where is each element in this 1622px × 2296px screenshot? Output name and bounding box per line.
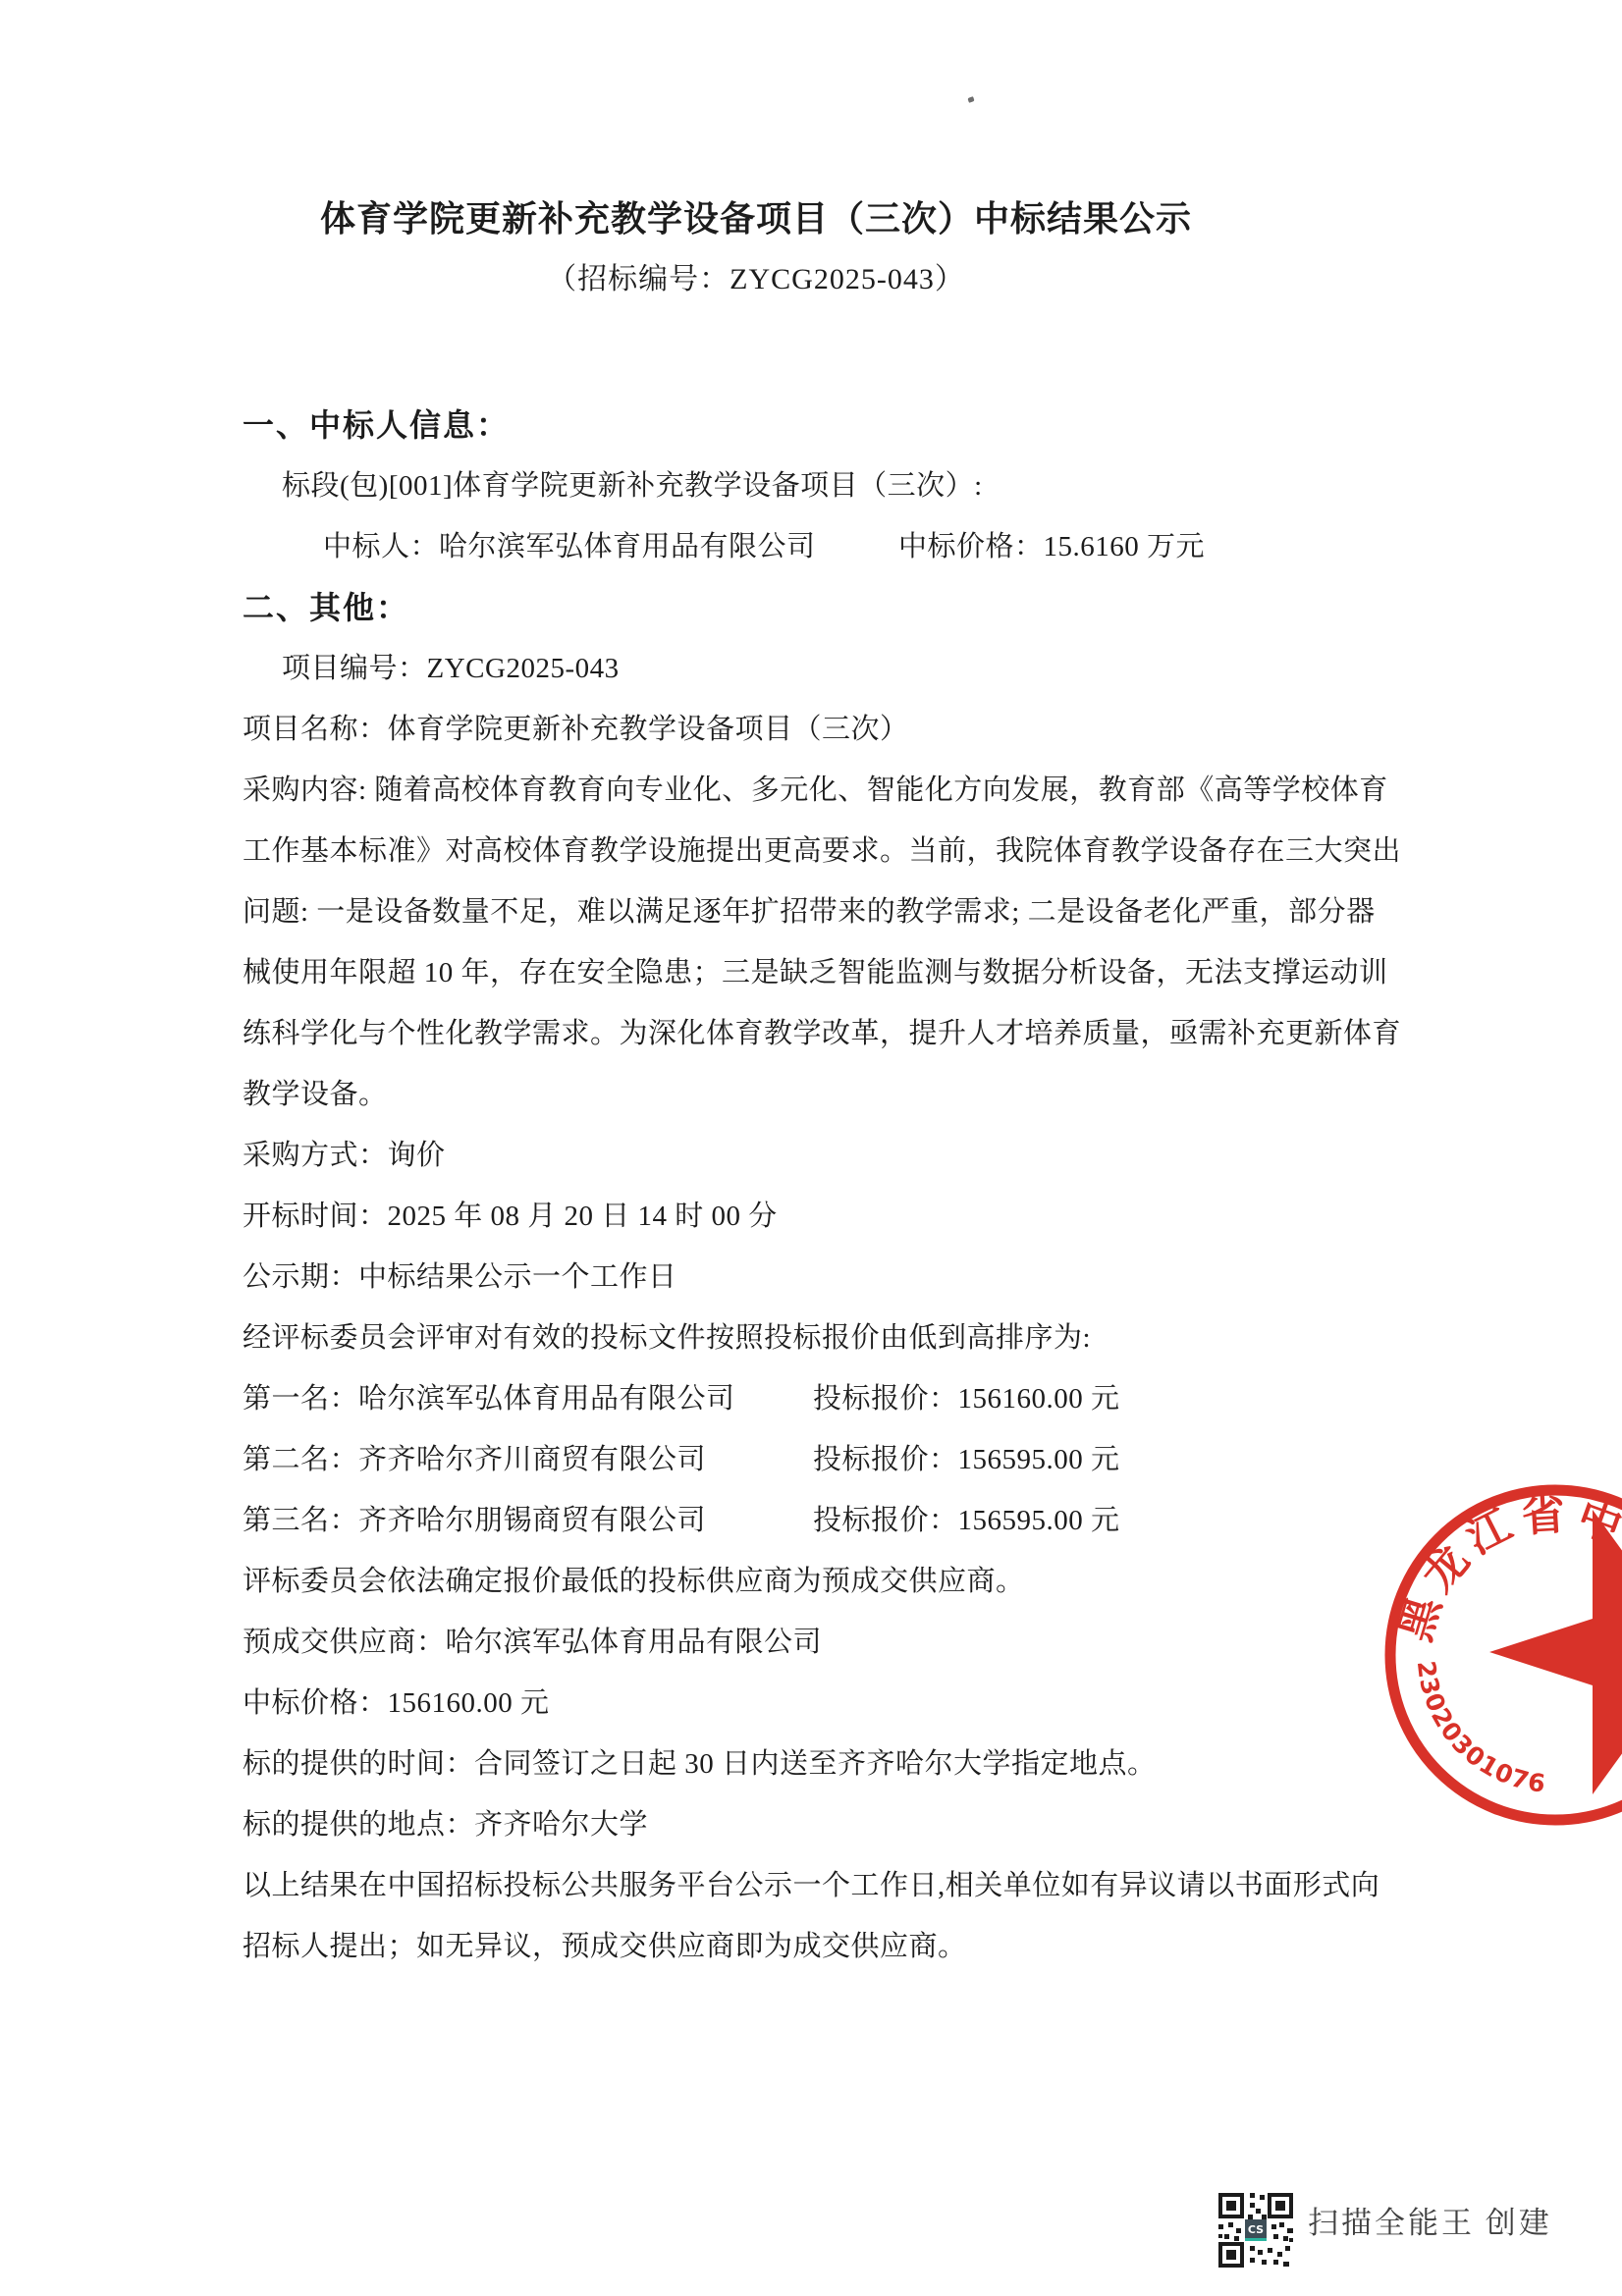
doc-line-content-6: 教学设备。 (243, 1064, 1401, 1125)
rank-3-price: 投标报价：156595.00 元 (813, 1490, 1120, 1551)
doc-line-ranking-intro: 经评标委员会评审对有效的投标文件按照投标报价由低到高排序为: (243, 1308, 1401, 1368)
doc-line-content-4: 械使用年限超 10 年，存在安全隐患；三是缺乏智能监测与数据分析设备，无法支撑运… (243, 942, 1401, 1003)
rank-1-company: 第一名：哈尔滨军弘体育用品有限公司 (243, 1383, 735, 1415)
doc-line-decision: 评标委员会依法确定报价最低的投标供应商为预成交供应商。 (243, 1551, 1401, 1612)
rank-row-3: 第三名：齐齐哈尔朋锡商贸有限公司 投标报价：156595.00 元 (243, 1490, 1401, 1551)
doc-line-open-time: 开标时间：2025 年 08 月 20 日 14 时 00 分 (243, 1186, 1401, 1247)
doc-line-content-1: 采购内容: 随着高校体育教育向专业化、多元化、智能化方向发展，教育部《高等学校体… (243, 760, 1401, 821)
doc-line-method: 采购方式：询价 (243, 1125, 1401, 1186)
title-block: 体育学院更新补充教学设备项目（三次）中标结果公示 （招标编号：ZYCG2025-… (187, 188, 1325, 310)
official-seal: 黑龙江省中 2302030107619 (1355, 1461, 1622, 1853)
doc-line-notice-2: 招标人提出；如无异议，预成交供应商即为成交供应商。 (243, 1916, 1401, 1977)
svg-text:2302030107619: 2302030107619 (1355, 1461, 1548, 1798)
doc-line-notice-1: 以上结果在中国招标投标公共服务平台公示一个工作日,相关单位如有异议请以书面形式向 (243, 1855, 1401, 1916)
rank-2-company: 第二名：齐齐哈尔齐川商贸有限公司 (243, 1444, 706, 1475)
scan-artifact (967, 96, 974, 103)
winner-price: 中标价格：15.6160 万元 (898, 516, 1205, 577)
rank-3-company: 第三名：齐齐哈尔朋锡商贸有限公司 (243, 1505, 706, 1536)
svg-text:CS: CS (1248, 2223, 1264, 2236)
document-body: 一、中标人信息： 标段(包)[001]体育学院更新补充教学设备项目（三次）: 中… (243, 395, 1401, 1977)
section-heading-2: 二、其他： (243, 577, 1401, 638)
doc-line-project-no: 项目编号：ZYCG2025-043 (243, 638, 1401, 699)
section-heading-1: 一、中标人信息： (243, 395, 1401, 455)
scanner-watermark-text: 扫描全能王 创建 (1308, 2193, 1552, 2254)
doc-line-content-2: 工作基本标准》对高校体育教学设施提出更高要求。当前，我院体育教学设备存在三大突出 (243, 821, 1401, 881)
doc-line-content-5: 练科学化与个性化教学需求。为深化体育教学改革，提升人才培养质量，亟需补充更新体育 (243, 1003, 1401, 1064)
rank-2-price: 投标报价：156595.00 元 (813, 1429, 1120, 1490)
doc-line-winner: 中标人：哈尔滨军弘体育用品有限公司 中标价格：15.6160 万元 (243, 516, 1401, 577)
doc-line-content-3: 问题: 一是设备数量不足，难以满足逐年扩招带来的教学需求; 二是设备老化严重，部… (243, 881, 1401, 942)
doc-line-lot: 标段(包)[001]体育学院更新补充教学设备项目（三次）: (243, 455, 1401, 516)
scanned-document-page: 体育学院更新补充教学设备项目（三次）中标结果公示 （招标编号：ZYCG2025-… (0, 0, 1622, 2296)
doc-line-delivery-place: 标的提供的地点：齐齐哈尔大学 (243, 1794, 1401, 1855)
rank-1-price: 投标报价：156160.00 元 (813, 1368, 1120, 1429)
doc-line-project-name: 项目名称：体育学院更新补充教学设备项目（三次） (243, 699, 1401, 760)
winner-name: 中标人：哈尔滨军弘体育用品有限公司 (323, 531, 816, 562)
page-subtitle: （招标编号：ZYCG2025-043） (187, 249, 1325, 310)
doc-line-publicity: 公示期：中标结果公示一个工作日 (243, 1247, 1401, 1308)
rank-row-1: 第一名：哈尔滨军弘体育用品有限公司 投标报价：156160.00 元 (243, 1368, 1401, 1429)
qr-code: CS (1216, 2191, 1295, 2269)
doc-line-delivery-time: 标的提供的时间：合同签订之日起 30 日内送至齐齐哈尔大学指定地点。 (243, 1734, 1401, 1794)
doc-line-award-price: 中标价格：156160.00 元 (243, 1673, 1401, 1734)
seal-serial-number: 2302030107619 (1355, 1461, 1548, 1798)
doc-line-pre-supplier: 预成交供应商：哈尔滨军弘体育用品有限公司 (243, 1612, 1401, 1673)
rank-row-2: 第二名：齐齐哈尔齐川商贸有限公司 投标报价：156595.00 元 (243, 1429, 1401, 1490)
camscanner-logo: CS (1245, 2219, 1267, 2241)
seal-star-icon (1489, 1510, 1622, 1794)
page-title: 体育学院更新补充教学设备项目（三次）中标结果公示 (187, 188, 1325, 249)
